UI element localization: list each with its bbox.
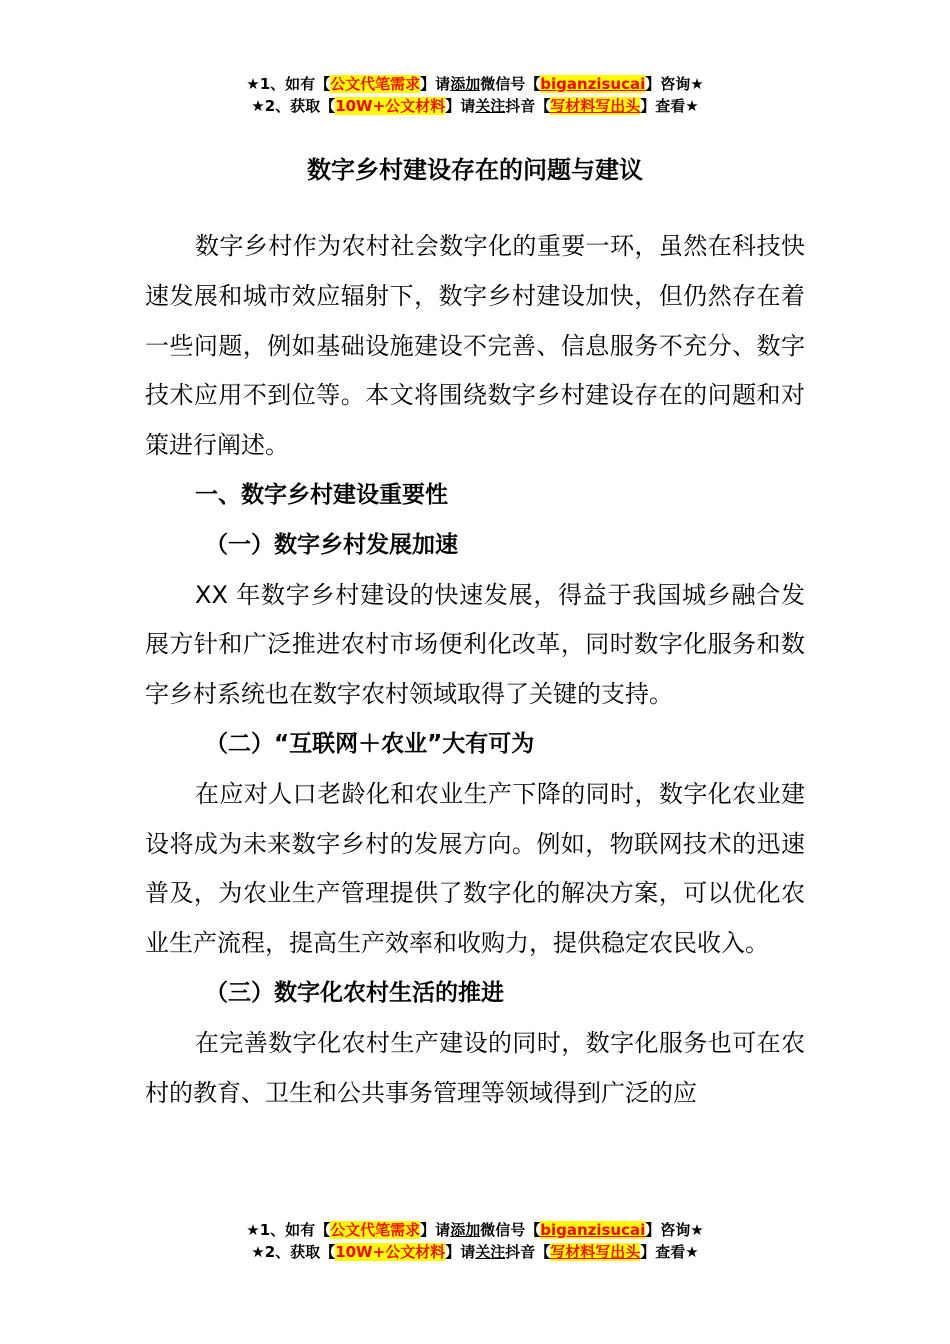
promo-underlined-add: 添加 — [450, 75, 480, 93]
promo-line-2: ★2、获取【10W+公文材料】请关注抖音【写材料写出头】查看★ — [0, 95, 950, 117]
promo-highlight-service: 公文代笔需求 — [330, 75, 420, 93]
document-body: 数字乡村作为农村社会数字化的重要一环，虽然在科技快速发展和城市效应辐射下，数字乡… — [145, 222, 805, 1118]
promo-underlined-follow: 关注 — [475, 97, 505, 115]
promo-text: ★1、如有【 — [246, 1221, 330, 1239]
promo-underlined-follow: 关注 — [475, 1243, 505, 1261]
promo-line-2: ★2、获取【10W+公文材料】请关注抖音【写材料写出头】查看★ — [0, 1241, 950, 1263]
footer-promo: ★1、如有【公文代笔需求】请添加微信号【biganzisucai】咨询★ ★2、… — [0, 1219, 950, 1263]
subsection-paragraph: 在应对人口老龄化和农业生产下降的同时，数字化农业建设将成为未来数字乡村的发展方向… — [145, 770, 805, 969]
subsection-heading: （三）数字化农村生活的推进 — [145, 969, 805, 1019]
promo-text: ★2、获取【 — [251, 97, 335, 115]
promo-underlined-add: 添加 — [450, 1221, 480, 1239]
promo-text: 】查看★ — [640, 97, 698, 115]
promo-text: ★2、获取【 — [251, 1243, 335, 1261]
promo-text: ★1、如有【 — [246, 75, 330, 93]
promo-text: 】咨询★ — [645, 1221, 703, 1239]
promo-text: 】查看★ — [640, 1243, 698, 1261]
promo-line-1: ★1、如有【公文代笔需求】请添加微信号【biganzisucai】咨询★ — [0, 73, 950, 95]
promo-douyin-account: 写材料写出头 — [550, 97, 640, 115]
promo-line-1: ★1、如有【公文代笔需求】请添加微信号【biganzisucai】咨询★ — [0, 1219, 950, 1241]
promo-douyin-account: 写材料写出头 — [550, 1243, 640, 1261]
promo-wechat-id: biganzisucai — [540, 1221, 645, 1239]
promo-text: 微信号【 — [480, 1221, 540, 1239]
promo-text: 微信号【 — [480, 75, 540, 93]
subsection-paragraph: 在完善数字化农村生产建设的同时，数字化服务也可在农村的教育、卫生和公共事务管理等… — [145, 1019, 805, 1119]
promo-text: 】请 — [445, 1243, 475, 1261]
promo-text: 抖音【 — [505, 1243, 550, 1261]
promo-text: 】咨询★ — [645, 75, 703, 93]
subsection-heading: （二）“互联网＋农业”大有可为 — [145, 720, 805, 770]
subsection-paragraph: XX 年数字乡村建设的快速发展，得益于我国城乡融合发展方针和广泛推进农村市场便利… — [145, 571, 805, 720]
promo-highlight-materials: 10W+公文材料 — [335, 97, 445, 115]
promo-text: 】请 — [445, 97, 475, 115]
section-heading: 一、数字乡村建设重要性 — [145, 471, 805, 521]
promo-wechat-id: biganzisucai — [540, 75, 645, 93]
subsection-heading: （一）数字乡村发展加速 — [145, 521, 805, 571]
promo-highlight-service: 公文代笔需求 — [330, 1221, 420, 1239]
promo-text: 】请 — [420, 75, 450, 93]
header-promo: ★1、如有【公文代笔需求】请添加微信号【biganzisucai】咨询★ ★2、… — [0, 73, 950, 117]
promo-highlight-materials: 10W+公文材料 — [335, 1243, 445, 1261]
intro-paragraph: 数字乡村作为农村社会数字化的重要一环，虽然在科技快速发展和城市效应辐射下，数字乡… — [145, 222, 805, 471]
promo-text: 】请 — [420, 1221, 450, 1239]
promo-text: 抖音【 — [505, 97, 550, 115]
document-title: 数字乡村建设存在的问题与建议 — [0, 152, 950, 188]
